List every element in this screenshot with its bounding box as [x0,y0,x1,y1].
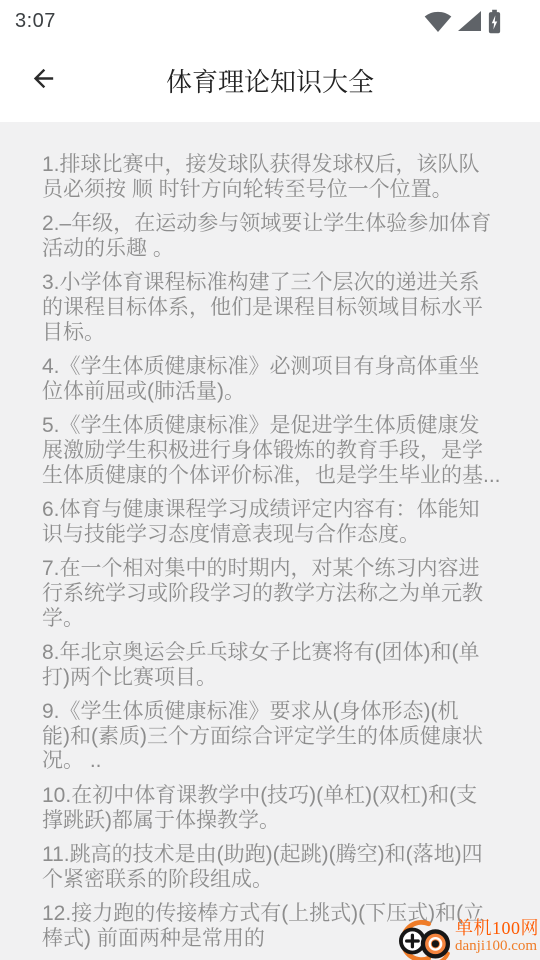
list-item[interactable]: 7.在一个相对集中的时期内，对某个练习内容进 行系统学习或阶段学习的教学方法称之… [42,557,540,631]
item-text: 个紧密联系的阶段组成。 [42,868,540,893]
wifi-icon [424,10,452,32]
top-bar: 3:07 [0,0,540,122]
battery-charging-icon [487,9,502,34]
item-text: 7.在一个相对集中的时期内，对某个练习内容进 [42,557,540,582]
item-text: 能)和(素质)三个方面综合评定学生的体质健康状 [42,725,540,750]
item-text: 11.跳高的技术是由(助跑)(起跳)(腾空)和(落地)四 [42,843,540,868]
question-list[interactable]: 1.排球比赛中，接发球队获得发球权后，该队队 员必须按 顺 时针方向轮转至号位一… [0,122,540,960]
item-text: 4.《学生体质健康标准》必测项目有身高体重坐 [42,355,540,380]
item-text: 况。 .. [42,749,540,774]
list-item[interactable]: 1.排球比赛中，接发球队获得发球权后，该队队 员必须按 顺 时针方向轮转至号位一… [42,153,540,202]
list-item[interactable]: 10.在初中体育课教学中(技巧)(单杠)(双杠)和(支 撑跳跃)都属于体操教学。 [42,784,540,833]
status-time: 3:07 [15,10,56,33]
list-item[interactable]: 3.小学体育课程标准构建了三个层次的递进关系 的课程目标体系，他们是课程目标领域… [42,271,540,345]
list-item[interactable]: 8.年北京奥运会乒乓球女子比赛将有(团体)和(单 打)两个比赛项目。 [42,641,540,690]
status-bar: 3:07 [0,0,540,38]
item-text: 5.《学生体质健康标准》是促进学生体质健康发 [42,414,540,439]
item-text: 6.体育与健康课程学习成绩评定内容有：体能知 [42,498,540,523]
cell-signal-icon [457,11,482,31]
item-text: 10.在初中体育课教学中(技巧)(单杠)(双杠)和(支 [42,784,540,809]
item-text: 8.年北京奥运会乒乓球女子比赛将有(团体)和(单 [42,641,540,666]
status-icons [424,9,502,34]
list-item[interactable]: 5.《学生体质健康标准》是促进学生体质健康发 展激励学生积极进行身体锻炼的教育手… [42,414,540,488]
item-text: 学。 [42,607,540,632]
list-item[interactable]: 2.–年级，在运动参与领域要让学生体验参加体育 活动的乐趣 。 [42,212,540,261]
toolbar: 体育理论知识大全 [0,38,540,122]
page-title: 体育理论知识大全 [0,62,540,99]
app-screen: 3:07 [0,0,540,960]
watermark-text: 单机100网 danji100.com [455,919,539,960]
list-item[interactable]: 11.跳高的技术是由(助跑)(起跳)(腾空)和(落地)四 个紧密联系的阶段组成。 [42,843,540,892]
item-text: 识与技能学习态度情意表现与合作态度。 [42,523,540,548]
item-text: 展激励学生积极进行身体锻炼的教育手段，是学 [42,439,540,464]
item-text: 生体质健康的个体评价标准，也是学生毕业的基... [42,464,540,489]
item-text: 活动的乐趣 。 [42,237,540,262]
watermark-site-name: 单机100网 [455,919,539,938]
item-text: 目标。 [42,321,540,346]
watermark: 单机100网 danji100.com [392,918,539,960]
list-item[interactable]: 4.《学生体质健康标准》必测项目有身高体重坐 位体前屈或(肺活量)。 [42,355,540,404]
item-text: 2.–年级，在运动参与领域要让学生体验参加体育 [42,212,540,237]
item-text: 1.排球比赛中，接发球队获得发球权后，该队队 [42,153,540,178]
item-text: 9.《学生体质健康标准》要求从(身体形态)(机 [42,700,540,725]
item-text: 位体前屈或(肺活量)。 [42,380,540,405]
item-text: 的课程目标体系，他们是课程目标领域目标水平 [42,296,540,321]
item-text: 行系统学习或阶段学习的教学方法称之为单元教 [42,582,540,607]
item-text: 3.小学体育课程标准构建了三个层次的递进关系 [42,271,540,296]
item-text: 打)两个比赛项目。 [42,666,540,691]
list-item[interactable]: 9.《学生体质健康标准》要求从(身体形态)(机 能)和(素质)三个方面综合评定学… [42,700,540,774]
item-text: 撑跳跃)都属于体操教学。 [42,809,540,834]
item-text: 员必须按 顺 时针方向轮转至号位一个位置。 [42,178,540,203]
watermark-site-url: danji100.com [455,938,537,954]
list-item[interactable]: 6.体育与健康课程学习成绩评定内容有：体能知 识与技能学习态度情意表现与合作态度… [42,498,540,547]
danji100-logo-icon [392,918,452,960]
